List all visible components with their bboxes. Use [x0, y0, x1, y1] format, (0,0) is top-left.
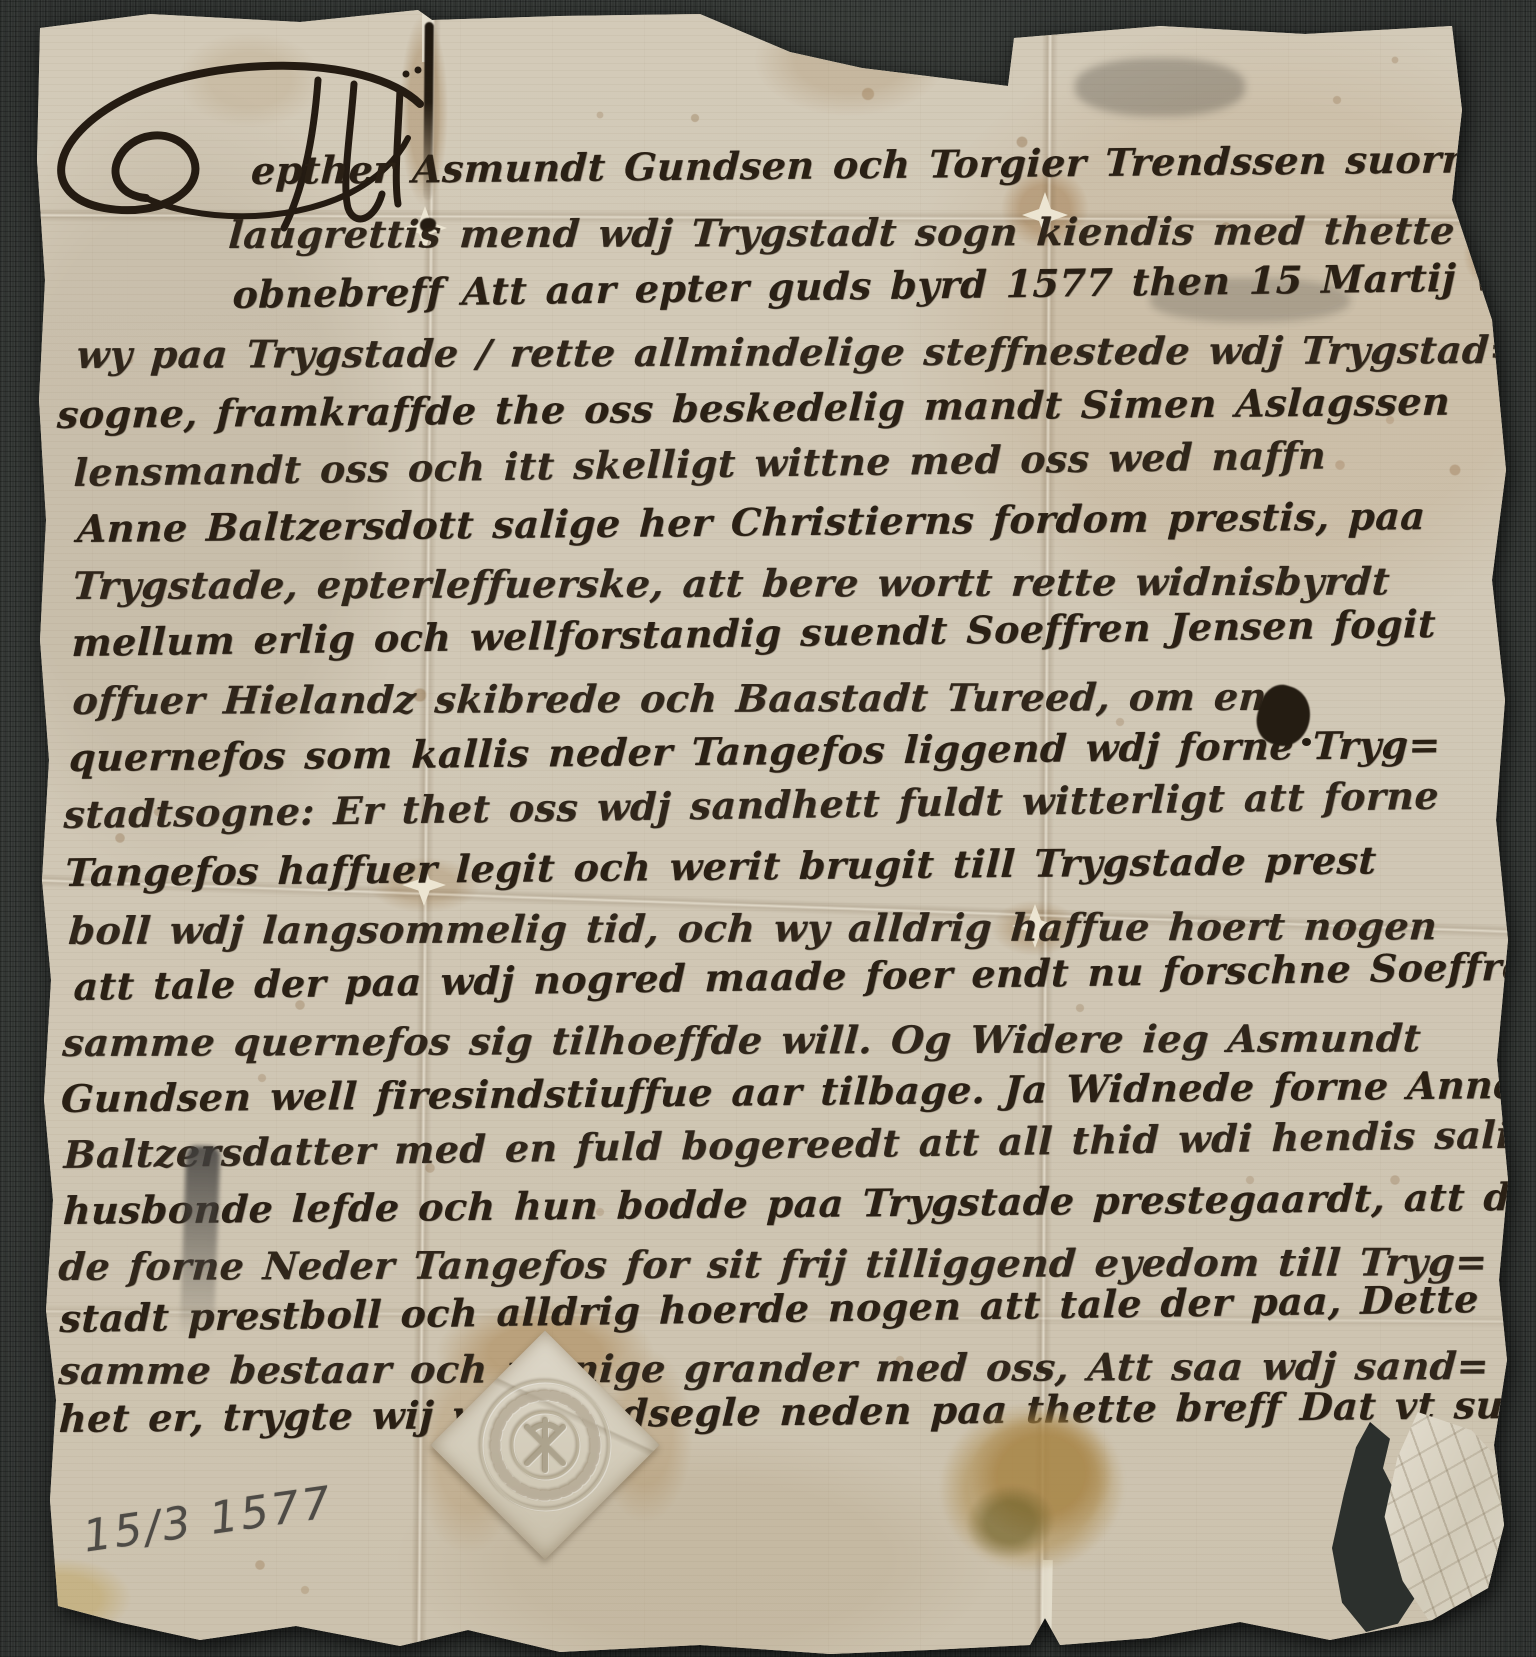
manuscript-line: offuer Hielandz skibrede och Baastadt Tu… [71, 676, 1268, 722]
manuscript-line: epther Asmundt Gundsen och Torgier Trend… [250, 138, 1495, 192]
manuscript-line: quernefos som kallis neder Tangefos ligg… [68, 724, 1441, 779]
manuscript-line: lensmandt oss och itt skelligt wittne me… [73, 435, 1326, 494]
manuscript-line: Gundsen well firesindstiuffue aar tilbag… [60, 1064, 1518, 1120]
manuscript-line: Trygstade, epterleffuerske, att bere wor… [71, 560, 1391, 606]
manuscript-line: stadtsogne: Er thet oss wdj sandhett ful… [63, 775, 1439, 836]
seal-impression [464, 1364, 626, 1526]
ink-speck [1302, 738, 1311, 746]
manuscript-line: Baltzersdatter med en fuld bogereedt att… [63, 1113, 1536, 1176]
manuscript-sheet: epther Asmundt Gundsen och Torgier Trend… [0, 0, 1536, 1657]
manuscript-line: Anne Baltzersdott salige her Christierns… [76, 495, 1426, 550]
papered-wax-seal [430, 1330, 659, 1559]
gray-smudge [180, 1145, 221, 1338]
manuscript-line: wy paa Trygstade / rette allmindelige st… [75, 329, 1522, 376]
text-block: epther Asmundt Gundsen och Torgier Trend… [0, 0, 1536, 1657]
manuscript-line: laugrettis mend wdj Trygstadt sogn kiend… [227, 209, 1536, 256]
manuscript-line: obnebreff Att aar epter guds byrd 1577 t… [232, 255, 1536, 316]
photograph-background: epther Asmundt Gundsen och Torgier Trend… [0, 0, 1536, 1657]
manuscript-line: samme quernefos sig tilhoeffde will. Og … [61, 1017, 1422, 1064]
manuscript-line: husbonde lefde och hun bodde paa Trygsta… [62, 1174, 1536, 1232]
manuscript-line: boll wdj langsommelig tid, och wy alldri… [67, 905, 1438, 952]
manuscript-line: sogne, framkraffde the oss beskedelig ma… [56, 381, 1451, 436]
manuscript-line: mellum erlig och wellforstandig suendt S… [71, 603, 1436, 664]
paper-surface: epther Asmundt Gundsen och Torgier Trend… [0, 0, 1536, 1657]
manuscript-line: att tale der paa wdj nogred maade foer e… [73, 945, 1536, 1007]
manuscript-line: Tangefos haffuer legit och werit brugit … [64, 839, 1377, 893]
